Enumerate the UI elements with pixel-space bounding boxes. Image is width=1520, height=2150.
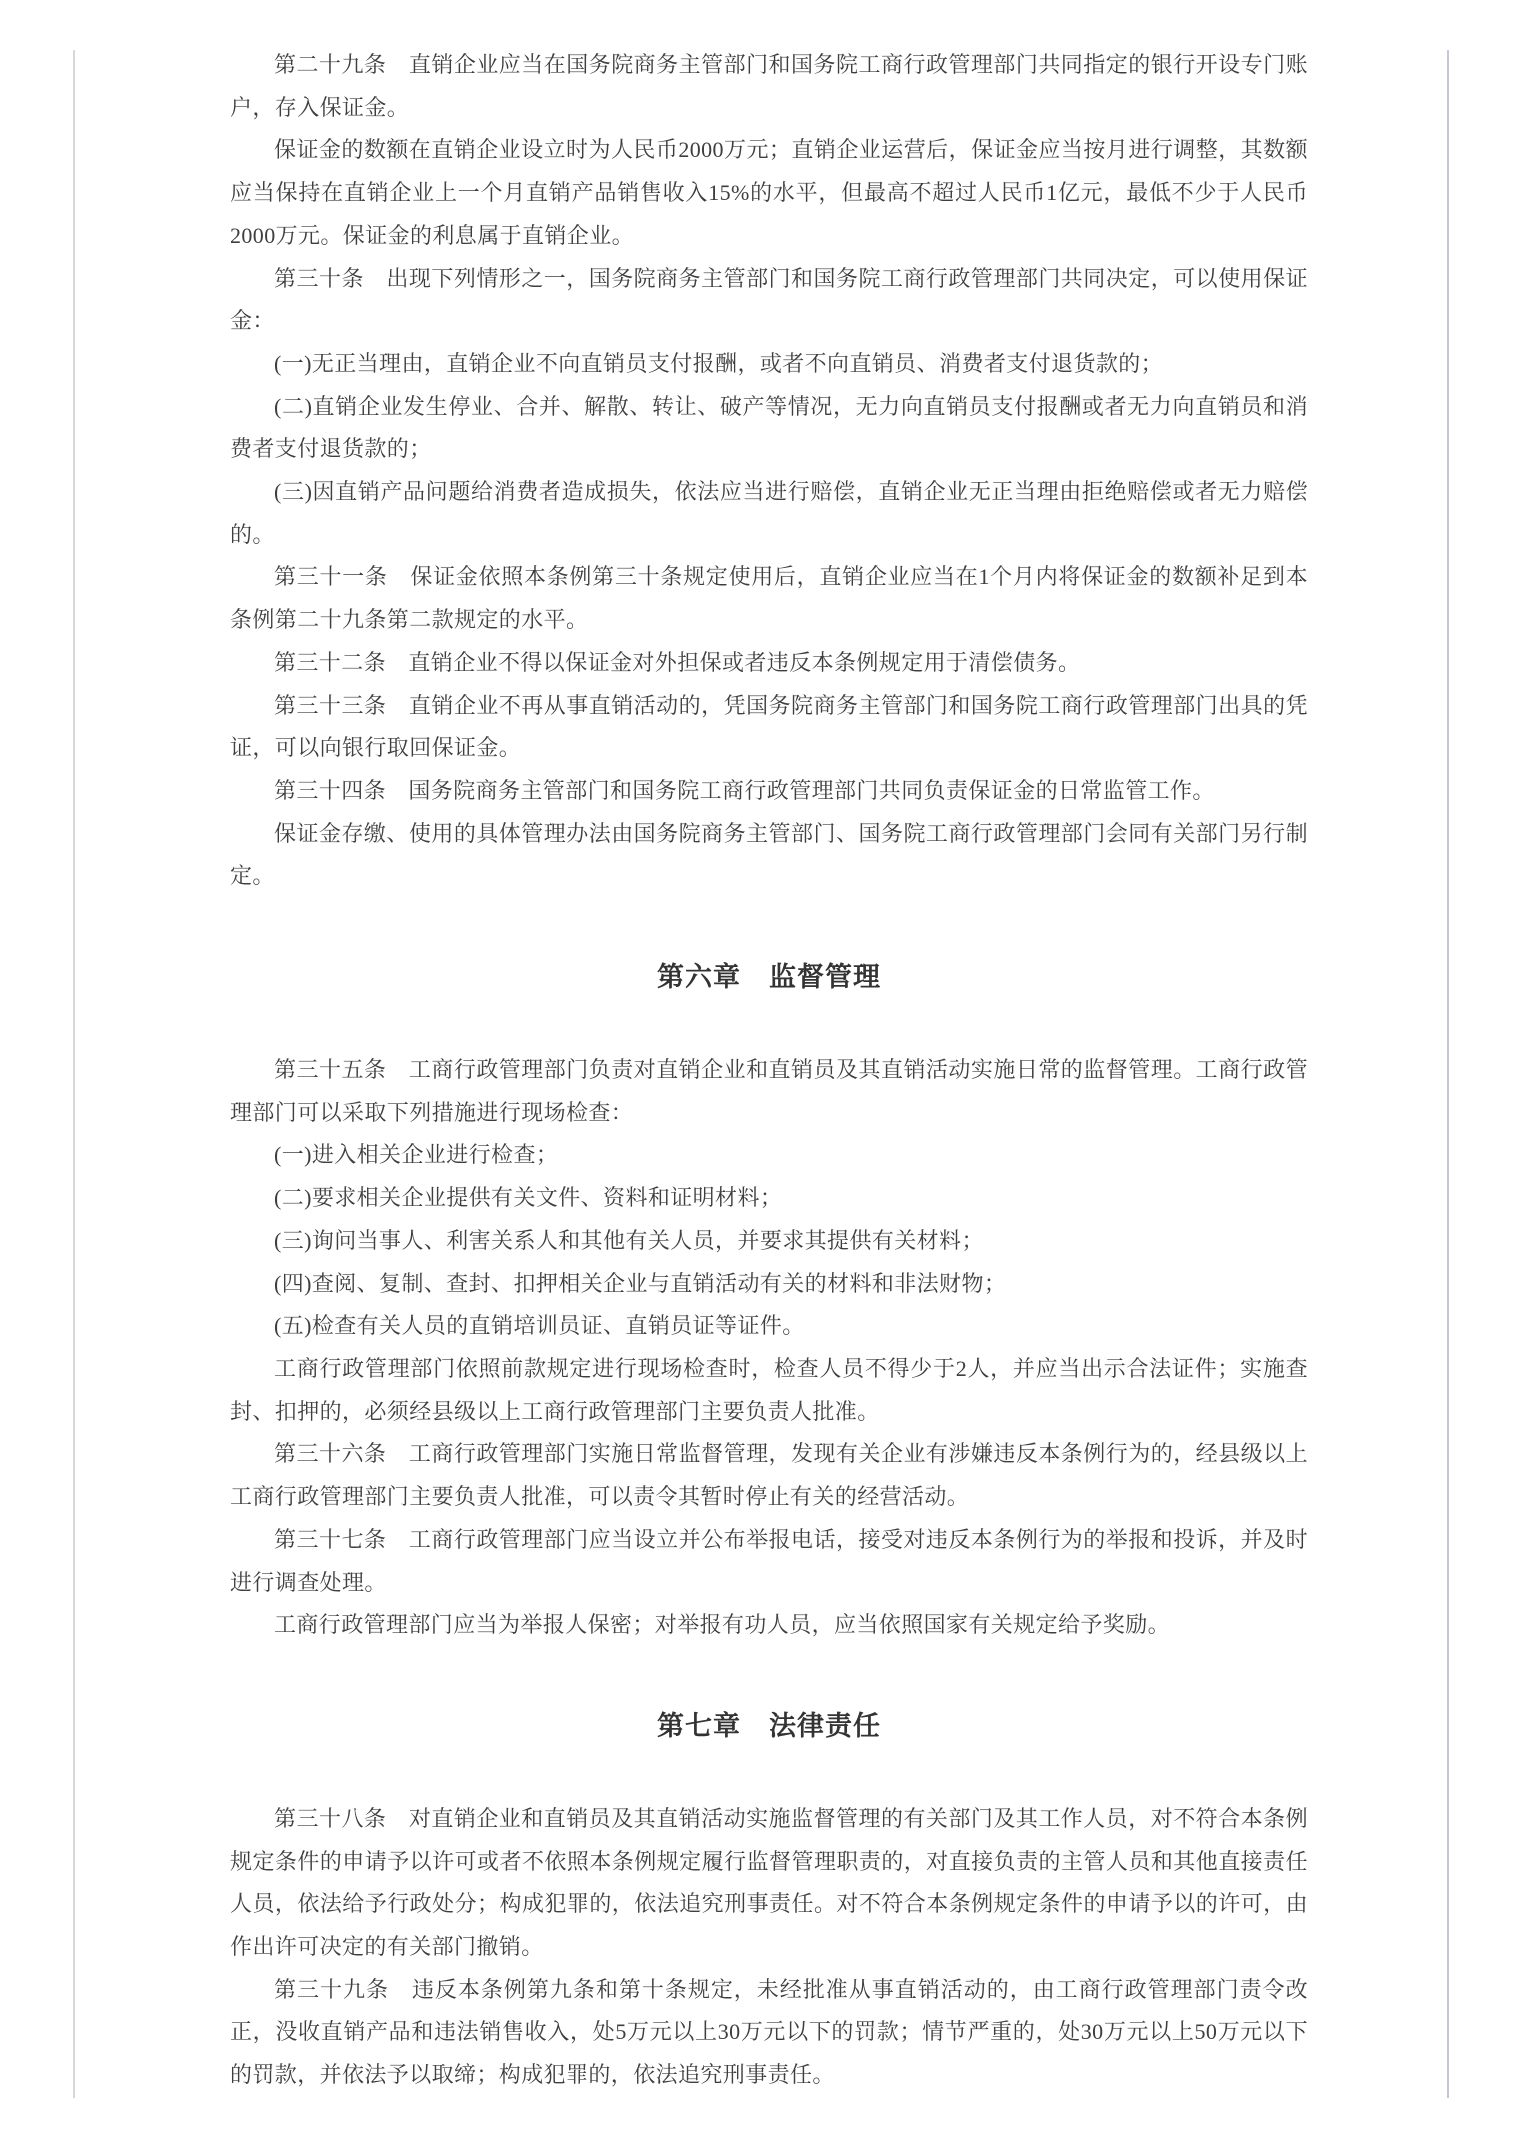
paragraph: (二)直销企业发生停业、合并、解散、转让、破产等情况，无力向直销员支付报酬或者无…	[230, 386, 1308, 471]
paragraph: (四)查阅、复制、查封、扣押相关企业与直销活动有关的材料和非法财物；	[230, 1263, 1308, 1306]
chapter-heading: 第七章 法律责任	[230, 1705, 1308, 1748]
page-left-edge	[73, 50, 75, 2098]
page-right-edge	[1447, 50, 1449, 2098]
document-page: 第二十九条 直销企业应当在国务院商务主管部门和国务院工商行政管理部门共同指定的银…	[0, 0, 1520, 2150]
paragraph: 第三十三条 直销企业不再从事直销活动的，凭国务院商务主管部门和国务院工商行政管理…	[230, 685, 1308, 770]
paragraph: (二)要求相关企业提供有关文件、资料和证明材料；	[230, 1177, 1308, 1220]
paragraph: 工商行政管理部门依照前款规定进行现场检查时，检查人员不得少于2人，并应当出示合法…	[230, 1348, 1308, 1433]
paragraph: 第二十九条 直销企业应当在国务院商务主管部门和国务院工商行政管理部门共同指定的银…	[230, 44, 1308, 129]
paragraph: (三)因直销产品问题给消费者造成损失，依法应当进行赔偿，直销企业无正当理由拒绝赔…	[230, 471, 1308, 556]
paragraph: 第三十七条 工商行政管理部门应当设立并公布举报电话，接受对违反本条例行为的举报和…	[230, 1519, 1308, 1604]
chapter-heading: 第六章 监督管理	[230, 956, 1308, 999]
paragraph: (五)检查有关人员的直销培训员证、直销员证等证件。	[230, 1305, 1308, 1348]
paragraph: 第三十九条 违反本条例第九条和第十条规定，未经批准从事直销活动的，由工商行政管理…	[230, 1969, 1308, 2097]
paragraph: 第三十四条 国务院商务主管部门和国务院工商行政管理部门共同负责保证金的日常监管工…	[230, 770, 1308, 813]
paragraph: 第三十条 出现下列情形之一，国务院商务主管部门和国务院工商行政管理部门共同决定，…	[230, 258, 1308, 343]
paragraph: 保证金存缴、使用的具体管理办法由国务院商务主管部门、国务院工商行政管理部门会同有…	[230, 813, 1308, 898]
paragraph: 第三十六条 工商行政管理部门实施日常监督管理，发现有关企业有涉嫌违反本条例行为的…	[230, 1433, 1308, 1518]
paragraph: 第三十一条 保证金依照本条例第三十条规定使用后，直销企业应当在1个月内将保证金的…	[230, 556, 1308, 641]
article-body: 第二十九条 直销企业应当在国务院商务主管部门和国务院工商行政管理部门共同指定的银…	[230, 44, 1308, 2097]
paragraph: 第三十五条 工商行政管理部门负责对直销企业和直销员及其直销活动实施日常的监督管理…	[230, 1049, 1308, 1134]
paragraph: 第三十二条 直销企业不得以保证金对外担保或者违反本条例规定用于清偿债务。	[230, 642, 1308, 685]
paragraph: (三)询问当事人、利害关系人和其他有关人员，并要求其提供有关材料；	[230, 1220, 1308, 1263]
paragraph: 保证金的数额在直销企业设立时为人民币2000万元；直销企业运营后，保证金应当按月…	[230, 129, 1308, 257]
paragraph: 工商行政管理部门应当为举报人保密；对举报有功人员，应当依照国家有关规定给予奖励。	[230, 1604, 1308, 1647]
paragraph: 第三十八条 对直销企业和直销员及其直销活动实施监督管理的有关部门及其工作人员，对…	[230, 1798, 1308, 1969]
paragraph: (一)无正当理由，直销企业不向直销员支付报酬，或者不向直销员、消费者支付退货款的…	[230, 343, 1308, 386]
paragraph: (一)进入相关企业进行检查；	[230, 1134, 1308, 1177]
